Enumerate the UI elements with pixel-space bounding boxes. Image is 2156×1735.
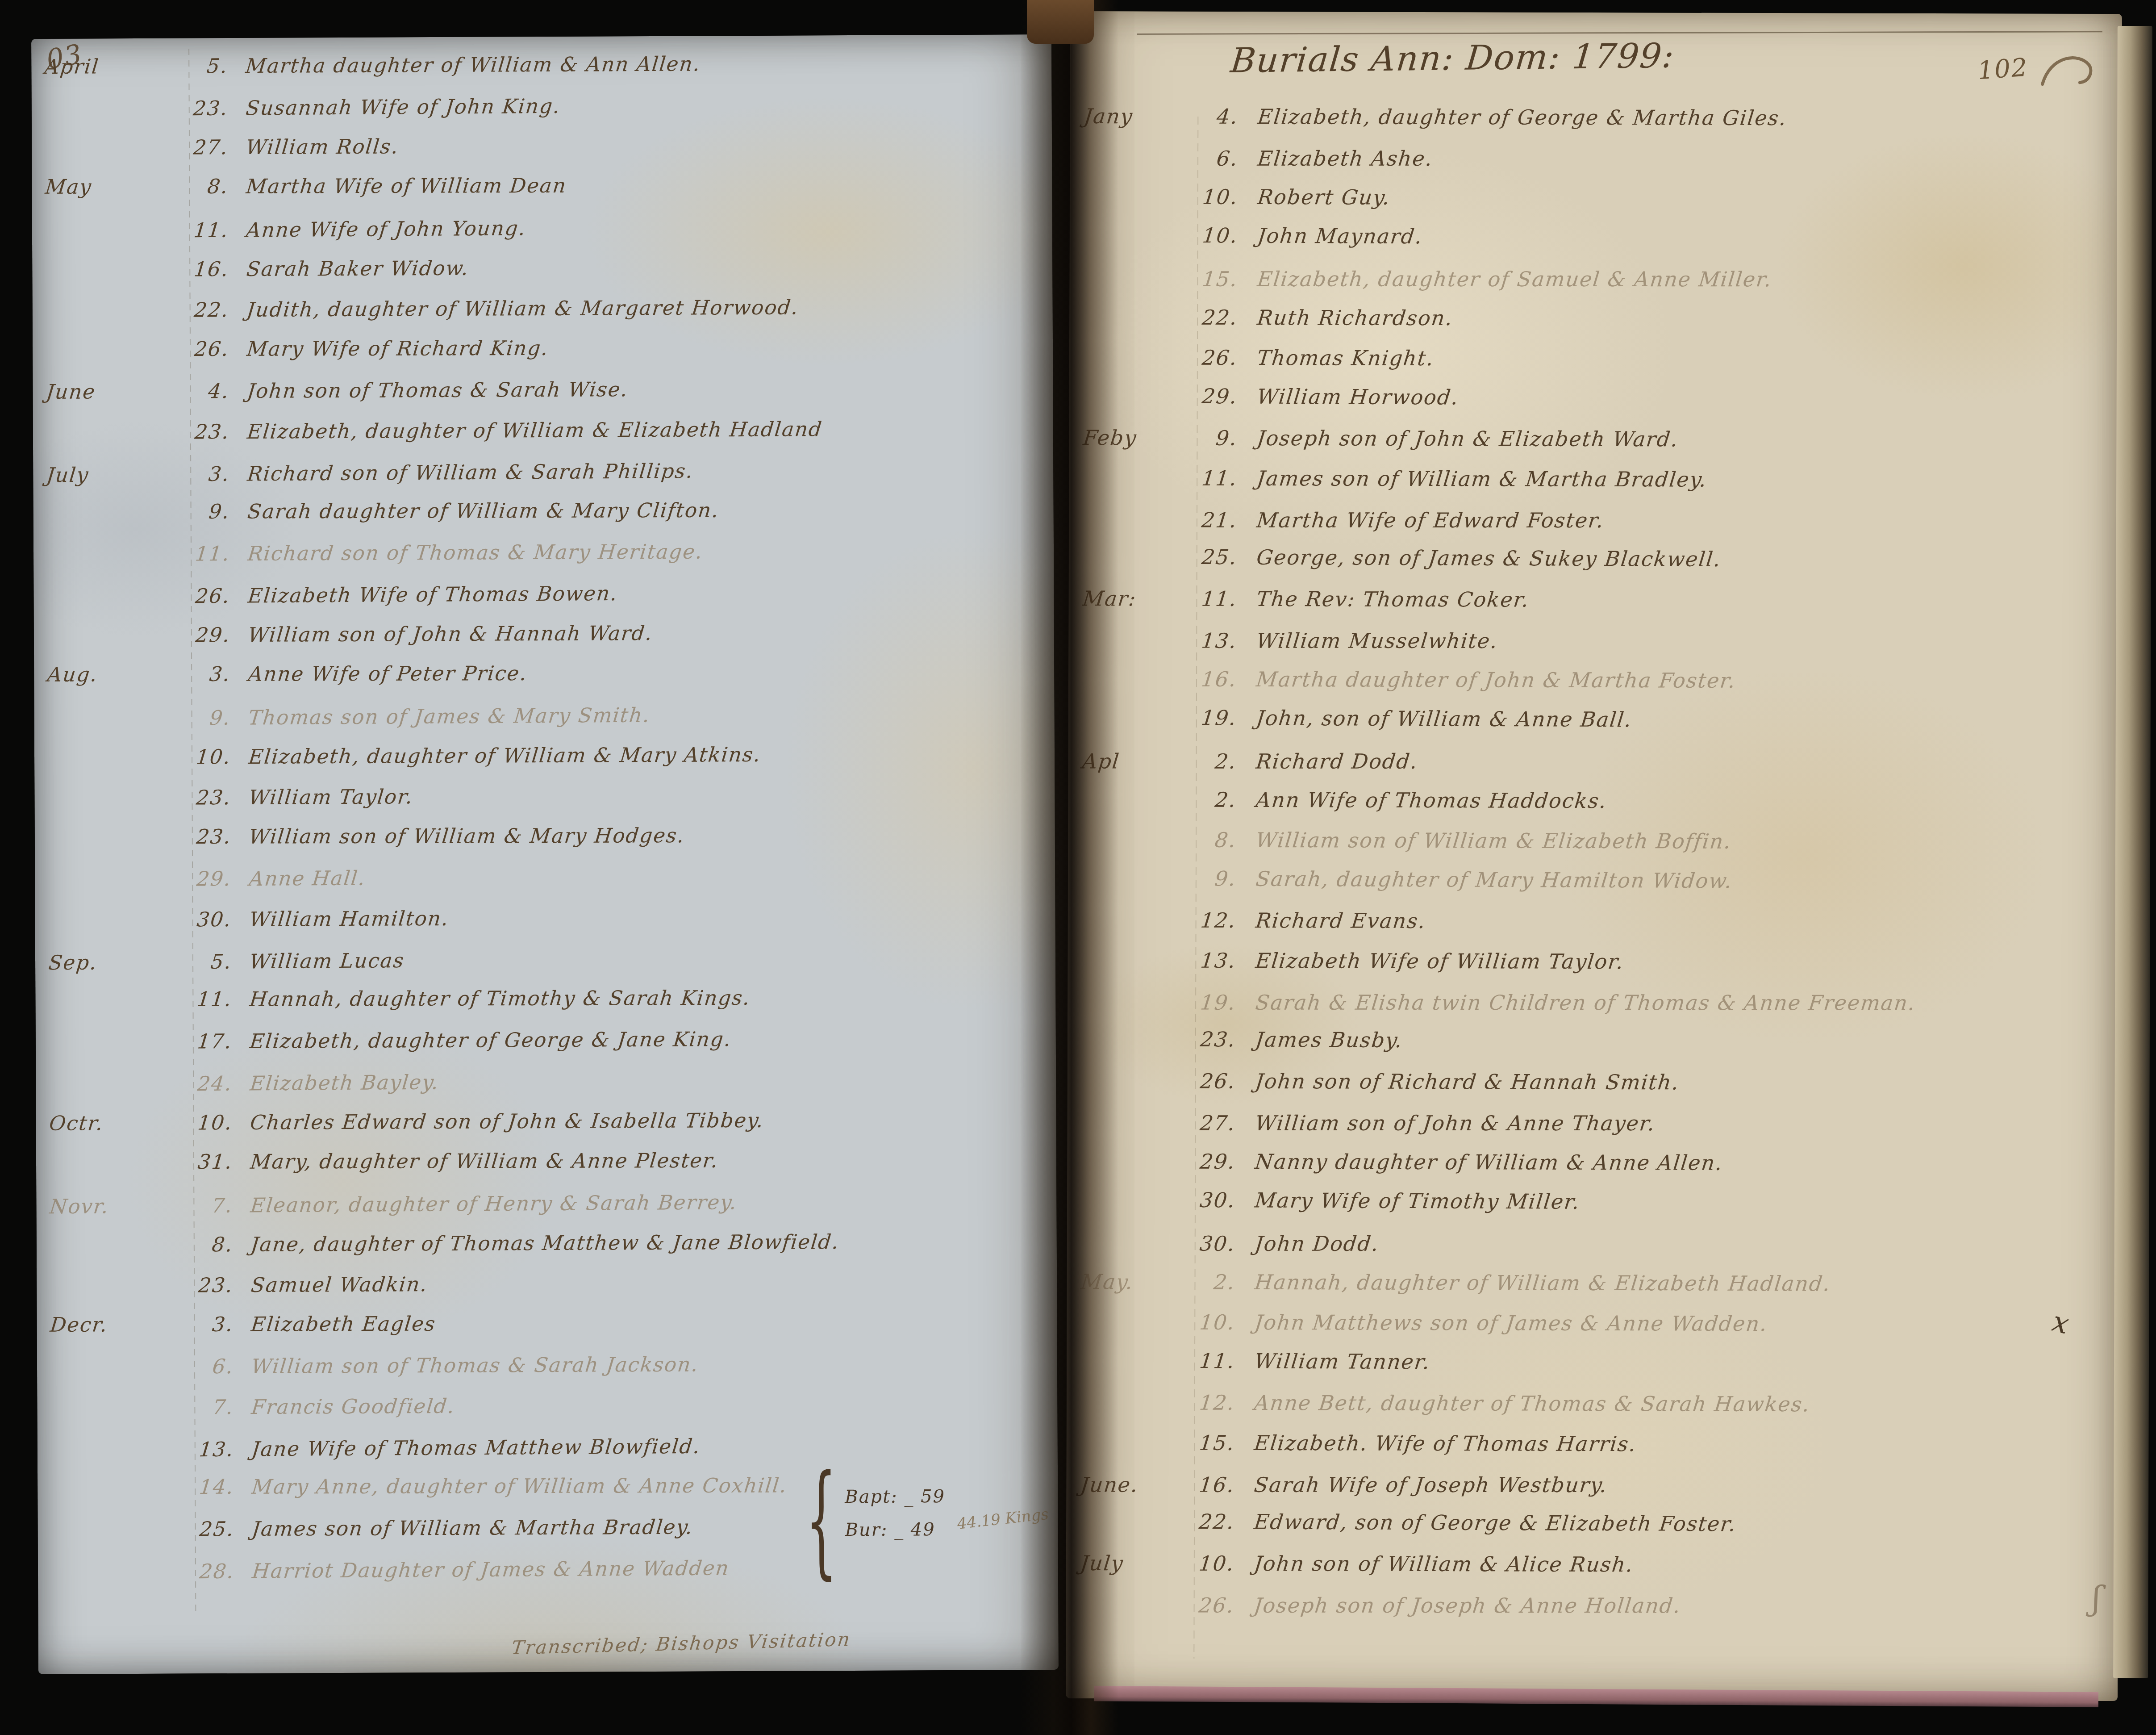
register-entry: 11. James son of William & Martha Bradle…	[1083, 466, 2139, 509]
entry-text: Judith, daughter of William & Margaret H…	[246, 294, 1080, 322]
register-entry: 23. William son of William & Mary Hodges…	[48, 823, 1082, 866]
entry-text: John Dodd.	[1254, 1232, 2138, 1256]
entry-month	[50, 1252, 184, 1252]
totals-side-note: 44.19 Kings	[956, 1505, 1050, 1533]
entry-month	[1081, 1329, 1193, 1329]
entry-month	[45, 115, 179, 116]
ink-flourish	[2037, 50, 2095, 99]
entry-month	[48, 764, 182, 765]
register-entry: 26. Elizabeth Wife of Thomas Bowen.	[47, 578, 1081, 626]
entry-month	[1083, 564, 1195, 564]
register-entry: 30. John Dodd.	[1081, 1231, 2137, 1272]
entry-month	[51, 1536, 185, 1537]
entry-text: James Busby.	[1254, 1028, 2139, 1056]
entry-month	[50, 1292, 184, 1293]
entry-text: William Horwood.	[1256, 385, 2140, 413]
entry-text: William Lucas	[248, 944, 1083, 973]
entry-day: 19.	[1192, 991, 1237, 1015]
entry-text: Sarah daughter of William & Mary Clifton…	[246, 498, 1081, 523]
entry-month: Decr.	[49, 1313, 185, 1337]
entry-day: 8.	[1193, 828, 1238, 852]
entry-text: Ann Wife of Thomas Haddocks.	[1255, 788, 2139, 814]
entry-day: 2.	[1193, 788, 1238, 812]
entry-text: William Tanner.	[1253, 1349, 2138, 1377]
entry-day: 12.	[1191, 1391, 1236, 1415]
register-entry: 27. William son of John & Anne Thayer.	[1081, 1111, 2137, 1151]
register-entry: 22. Edward, son of George & Elizabeth Fo…	[1080, 1509, 2136, 1554]
register-entry: 11. Hannah, daughter of Timothy & Sarah …	[49, 985, 1082, 1028]
entry-text: Charles Edward son of John & Isabella Ti…	[249, 1107, 1084, 1134]
entry-text: Mary Wife of Timothy Miller.	[1254, 1188, 2138, 1217]
entry-month: Jany	[1083, 104, 1197, 129]
entry-month: April	[44, 54, 180, 79]
entry-day: 10.	[180, 745, 232, 769]
entry-day: 9.	[179, 500, 231, 523]
entry-day: 27.	[178, 135, 229, 159]
register-entry: 15. Elizabeth, daughter of Samuel & Anne…	[1084, 267, 2139, 307]
register-entry: 10. Elizabeth, daughter of William & Mar…	[48, 741, 1081, 786]
entry-day: 16.	[1191, 1473, 1236, 1497]
entry-day: 21.	[1193, 508, 1239, 532]
entry-month	[49, 1049, 183, 1049]
entry-month	[49, 1006, 183, 1007]
register-entry: 2. Ann Wife of Thomas Haddocks.	[1082, 787, 2138, 830]
entry-text: Elizabeth Wife of Thomas Bowen.	[247, 578, 1082, 607]
entry-month	[1081, 1367, 1193, 1368]
entry-text: Richard Evans.	[1255, 908, 2139, 935]
register-entry: Jany 4. Elizabeth, daughter of George & …	[1084, 104, 2139, 147]
register-entry: 22. Ruth Richardson.	[1084, 305, 2139, 348]
entry-month	[48, 844, 182, 844]
page-number: 102	[1977, 53, 2029, 85]
entry-day: 29.	[1194, 384, 1239, 408]
entry-month	[50, 1169, 183, 1169]
register-entry: 23. Susannah Wife of John King.	[45, 91, 1079, 138]
entry-month	[46, 439, 180, 439]
entry-day: 23.	[183, 1273, 234, 1297]
entry-text: Elizabeth, daughter of William & Mary At…	[247, 741, 1082, 769]
entry-day: 25.	[184, 1517, 235, 1541]
entry-day: 26.	[1191, 1593, 1236, 1618]
entry-text: John son of Richard & Hannah Smith.	[1254, 1069, 2139, 1095]
left-page: 03 April 5. Martha daughter of William &…	[31, 34, 1059, 1674]
entry-day: 13.	[183, 1438, 235, 1462]
entry-text: Nanny daughter of William & Anne Allen.	[1254, 1150, 2138, 1176]
entry-text: Anne Hall.	[248, 863, 1083, 890]
entry-month	[1084, 324, 1195, 325]
entry-text: Hannah, daughter of William & Elizabeth …	[1254, 1270, 2138, 1296]
register-entry: 7. Francis Goodfield.	[50, 1392, 1084, 1437]
entry-text: Elizabeth, daughter of George & Martha G…	[1256, 105, 2141, 131]
entry-day: 13.	[1192, 949, 1237, 973]
entry-text: Richard son of Thomas & Mary Heritage.	[246, 538, 1081, 565]
register-entry: 9. Sarah daughter of William & Mary Clif…	[47, 498, 1080, 541]
entry-text: Joseph son of Joseph & Anne Holland.	[1253, 1593, 2137, 1618]
entry-month	[47, 642, 181, 643]
entry-text: Elizabeth, daughter of George & Jane Kin…	[249, 1026, 1084, 1053]
burials-total: Bur: _ 49	[845, 1519, 946, 1553]
register-entry: 10. John Matthews son of James & Anne Wa…	[1081, 1310, 2136, 1353]
entry-text: Hannah, daughter of Timothy & Sarah King…	[249, 985, 1084, 1011]
register-entry: 6. William son of Thomas & Sarah Jackson…	[50, 1351, 1084, 1396]
entry-day: 31.	[182, 1150, 234, 1174]
register-entry: 8. Jane, daughter of Thomas Matthew & Ja…	[50, 1229, 1084, 1274]
entry-text: Elizabeth Wife of William Taylor.	[1254, 949, 2139, 975]
entry-day: 11.	[182, 987, 233, 1011]
entry-day: 10.	[1191, 1551, 1236, 1576]
entry-month	[46, 276, 179, 277]
entry-day: 5.	[178, 54, 229, 78]
entry-month	[50, 1414, 184, 1415]
entry-text: Harriot Daughter of James & Anne Wadden	[251, 1554, 1086, 1583]
register-entry: 29. Anne Hall.	[48, 863, 1082, 908]
register-entry: 8. William son of William & Elizabeth Bo…	[1082, 828, 2138, 870]
entry-month	[1082, 807, 1194, 807]
entry-day: 10.	[1194, 185, 1239, 209]
entry-month: July	[46, 462, 182, 487]
register-entry: 26. Thomas Knight.	[1084, 345, 2139, 388]
entry-month: Sep.	[47, 950, 183, 974]
entry-month	[46, 237, 179, 238]
entry-text: Elizabeth, daughter of William & Elizabe…	[246, 416, 1081, 443]
entry-month	[51, 1578, 185, 1579]
entry-text: Sarah Baker Widow.	[246, 254, 1080, 281]
entry-day: 5.	[181, 950, 233, 974]
entry-text: William son of Thomas & Sarah Jackson.	[250, 1351, 1085, 1378]
register-entry: Aug. 3. Anne Wife of Peter Price.	[47, 660, 1081, 703]
entry-month	[1080, 1528, 1192, 1529]
entry-text: Robert Guy.	[1256, 185, 2141, 211]
entry-day: 29.	[1192, 1150, 1237, 1174]
right-page: Burials Ann: Dom: 1799: 102 Jany 4. Eliz…	[1066, 11, 2122, 1701]
register-entry: 17. Elizabeth, daughter of George & Jane…	[49, 1026, 1083, 1071]
entry-text: Sarah, daughter of Mary Hamilton Widow.	[1255, 867, 2139, 895]
entry-month	[1081, 1168, 1193, 1169]
entry-text: Francis Goodfield.	[250, 1392, 1085, 1419]
register-entry: 27. William Rolls.	[45, 132, 1079, 177]
entry-day: 26.	[1192, 1069, 1237, 1093]
entry-day: 16.	[179, 257, 230, 281]
totals-lines: Bapt: _ 59 Bur: _ 49	[845, 1486, 945, 1553]
register-entry: July 3. Richard son of William & Sarah P…	[46, 456, 1080, 504]
register-entry: Novr. 7. Eleanor, daughter of Henry & Sa…	[50, 1188, 1084, 1235]
register-entry: 12. Richard Evans.	[1082, 908, 2137, 951]
entry-day: 2.	[1193, 749, 1238, 773]
brace-glyph: {	[805, 1448, 837, 1591]
entry-text: Sarah & Elisha twin Children of Thomas &…	[1254, 991, 2139, 1015]
entry-day: 8.	[183, 1233, 234, 1257]
entry-month: June.	[1079, 1472, 1193, 1497]
totals-annotation: { Bapt: _ 59 Bur: _ 49 44.19 Kings	[805, 1486, 1049, 1553]
entry-day: 7.	[183, 1395, 235, 1419]
entry-month	[1082, 967, 1193, 968]
entry-day: 10.	[1191, 1310, 1236, 1334]
entry-month	[1082, 847, 1194, 847]
register-entry: 9. Sarah, daughter of Mary Hamilton Wido…	[1082, 866, 2138, 911]
entry-text: Samuel Wadkin.	[250, 1270, 1085, 1297]
register-entry: 6. Elizabeth Ashe.	[1084, 146, 2139, 187]
entry-text: William Taylor.	[248, 782, 1083, 809]
register-entry: 26. Joseph son of Joseph & Anne Holland.	[1080, 1593, 2136, 1634]
entry-day: 22.	[179, 298, 230, 322]
entry-day: 29.	[180, 623, 231, 647]
entry-day: 17.	[182, 1029, 233, 1054]
baptisms-total: Bapt: _ 59	[845, 1486, 945, 1520]
entry-month	[1082, 1046, 1193, 1046]
entry-text: Anne Bett, daughter of Thomas & Sarah Ha…	[1253, 1391, 2138, 1417]
edge-ink-mark: ʃ	[2092, 1579, 2101, 1618]
entry-month	[48, 886, 182, 886]
entry-month	[45, 155, 179, 155]
entry-day: 3.	[180, 662, 232, 686]
entry-day: 11.	[1191, 1349, 1236, 1373]
entry-day: 11.	[178, 218, 229, 242]
entry-day: 4.	[179, 379, 230, 403]
entry-month: Mar:	[1082, 586, 1196, 611]
entry-text: Anne Wife of John Young.	[245, 213, 1080, 242]
entry-text: Elizabeth, daughter of Samuel & Anne Mil…	[1256, 267, 2140, 292]
register-entry: 16. Sarah Baker Widow.	[46, 254, 1079, 299]
entry-text: Mary Wife of Richard King.	[246, 335, 1080, 361]
photographed-register-spread: 03 April 5. Martha daughter of William &…	[0, 0, 2156, 1735]
entry-text: Sarah Wife of Joseph Westbury.	[1253, 1473, 2137, 1497]
entry-text: Martha daughter of John & Martha Foster.	[1255, 667, 2139, 694]
register-entry: 23. William Taylor.	[48, 782, 1081, 827]
entry-day: 11.	[179, 542, 231, 566]
register-entry: April 5. Martha daughter of William & An…	[45, 50, 1078, 96]
transcription-note: Transcribed; Bishops Visitation	[510, 1628, 852, 1659]
register-entry: 11. Richard son of Thomas & Mary Heritag…	[47, 538, 1080, 583]
register-entry: 23. James Busby.	[1082, 1027, 2137, 1071]
entry-month	[1082, 927, 1194, 928]
entry-month	[49, 927, 183, 927]
entry-month	[1082, 885, 1194, 886]
entry-month	[1084, 204, 1196, 204]
entry-day: 9.	[180, 706, 232, 730]
entry-text: Susannah Wife of John King.	[245, 91, 1080, 120]
register-entry: 25. George, son of James & Sukey Blackwe…	[1083, 544, 2139, 589]
entry-text: Martha Wife of William Dean	[245, 172, 1080, 198]
register-entry: 26. John son of Richard & Hannah Smith.	[1082, 1069, 2137, 1112]
entry-day: 19.	[1193, 706, 1238, 730]
entry-day: 10.	[1194, 223, 1239, 247]
entry-text: William Hamilton.	[248, 904, 1083, 931]
entry-text: The Rev: Thomas Coker.	[1255, 587, 2140, 613]
register-entry: 15. Elizabeth. Wife of Thomas Harris.	[1080, 1430, 2136, 1473]
register-entry: 11. Anne Wife of John Young.	[46, 213, 1080, 260]
entry-day: 22.	[1194, 305, 1239, 330]
entry-day: 13.	[1193, 629, 1238, 653]
register-entry: May 8. Martha Wife of William Dean	[45, 172, 1079, 216]
entry-month	[51, 1456, 185, 1457]
entry-text: Thomas Knight.	[1256, 346, 2140, 372]
entry-day: 30.	[1192, 1188, 1237, 1212]
entry-day: 24.	[182, 1072, 234, 1096]
entry-day: 28.	[184, 1559, 235, 1584]
entry-month: May.	[1080, 1270, 1194, 1294]
entry-text: George, son of James & Sukey Blackwell.	[1255, 545, 2140, 573]
entry-month: June	[45, 380, 181, 404]
entry-text: William Musselwhite.	[1255, 629, 2139, 653]
register-entry: Apl 2. Richard Dodd.	[1082, 749, 2138, 790]
register-entry: 10. John Maynard.	[1084, 223, 2139, 268]
entry-day: 15.	[1191, 1431, 1236, 1455]
entry-text: James son of William & Martha Bradley.	[1255, 466, 2140, 493]
entry-text: John, son of William & Anne Ball.	[1255, 706, 2139, 734]
page-fore-edge	[2113, 26, 2152, 1678]
entry-text: Martha daughter of William & Ann Allen.	[245, 50, 1080, 78]
entry-month	[1082, 1088, 1193, 1088]
register-entry: 13. Jane Wife of Thomas Matthew Blowfiel…	[51, 1432, 1085, 1479]
entry-text: John son of Thomas & Sarah Wise.	[246, 376, 1081, 403]
register-entry: 11. William Tanner.	[1081, 1348, 2136, 1393]
entry-text: Jane, daughter of Thomas Matthew & Jane …	[250, 1229, 1084, 1256]
entry-text: William son of William & Mary Hodges.	[248, 823, 1083, 849]
entry-day: 23.	[179, 420, 230, 444]
register-entry: 30. Mary Wife of Timothy Miller.	[1081, 1187, 2137, 1232]
entry-day: 2.	[1192, 1270, 1237, 1294]
entry-text: John Matthews son of James & Anne Wadden…	[1253, 1310, 2138, 1337]
entry-day: 23.	[181, 825, 232, 849]
entry-day: 12.	[1193, 908, 1238, 932]
register-entry: 13. Elizabeth Wife of William Taylor.	[1082, 948, 2137, 991]
register-entry: 29. Nanny daughter of William & Anne All…	[1081, 1149, 2137, 1192]
register-entry: 28. Harriot Daughter of James & Anne Wad…	[51, 1554, 1085, 1601]
entry-text: Richard son of William & Sarah Phillips.	[246, 456, 1081, 485]
entry-month	[47, 603, 181, 604]
entry-month	[47, 518, 181, 519]
register-entry: 26. Mary Wife of Richard King.	[46, 335, 1080, 378]
entry-day: 15.	[1194, 267, 1239, 291]
entry-text: Ruth Richardson.	[1256, 305, 2140, 332]
entry-day: 6.	[1194, 146, 1239, 171]
register-entry: Decr. 3. Elizabeth Eagles	[50, 1310, 1084, 1354]
entry-text: Elizabeth Bayley.	[249, 1066, 1084, 1095]
entry-month	[46, 356, 180, 356]
entry-day: 10.	[182, 1111, 234, 1135]
entry-month: Octr.	[48, 1111, 184, 1135]
entry-day: 26.	[179, 337, 230, 361]
spine-leather-top	[1027, 0, 1094, 44]
entry-day: 3.	[179, 462, 231, 486]
entry-day: 23.	[181, 786, 232, 810]
entry-month: Feby	[1082, 426, 1197, 450]
entry-text: William son of William & Elizabeth Boffi…	[1255, 828, 2139, 854]
register-entry: 24. Elizabeth Bayley.	[49, 1066, 1083, 1113]
register-entry: Mar: 11. The Rev: Thomas Coker.	[1083, 586, 2138, 629]
entry-month: May	[44, 175, 180, 199]
entry-day: 9.	[1194, 426, 1239, 450]
entry-day: 6.	[183, 1355, 234, 1379]
entry-text: Richard Dodd.	[1255, 749, 2139, 774]
entry-day: 8.	[178, 175, 229, 198]
register-entry: 23. Elizabeth, daughter of William & Eli…	[46, 416, 1080, 461]
entry-month: Novr.	[49, 1194, 185, 1218]
entry-month	[1081, 1450, 1193, 1450]
entry-month	[1083, 485, 1195, 485]
entry-month: Aug.	[46, 662, 183, 686]
entry-text: John son of William & Alice Rush.	[1253, 1551, 2137, 1578]
entry-day: 25.	[1193, 545, 1239, 569]
register-entry: May. 2. Hannah, daughter of William & El…	[1081, 1270, 2136, 1313]
entry-text: Joseph son of John & Elizabeth Ward.	[1256, 426, 2140, 452]
entry-day: 30.	[1192, 1232, 1237, 1256]
entry-month	[46, 317, 180, 318]
register-entry: 30. William Hamilton.	[49, 904, 1082, 949]
entry-text: Edward, son of George & Elizabeth Foster…	[1253, 1510, 2137, 1538]
register-entry: 16. Martha daughter of John & Martha Fos…	[1083, 667, 2138, 710]
entry-month	[1084, 403, 1195, 403]
entry-text: Martha Wife of Edward Foster.	[1255, 508, 2140, 533]
entry-day: 23.	[178, 96, 229, 121]
register-entry: 22. Judith, daughter of William & Margar…	[46, 294, 1080, 339]
entry-text: Mary, daughter of William & Anne Plester…	[249, 1148, 1084, 1174]
entry-day: 26.	[1194, 346, 1239, 370]
entry-day: 4.	[1194, 105, 1239, 129]
entry-text: Thomas son of James & Mary Smith.	[247, 700, 1082, 729]
right-page-entries: Jany 4. Elizabeth, daughter of George & …	[1080, 104, 2139, 1634]
entry-month: Apl	[1081, 749, 1196, 773]
entry-month	[1083, 686, 1194, 686]
page-title: Burials Ann: Dom: 1799:	[1229, 35, 1677, 80]
entry-day: 9.	[1193, 866, 1238, 890]
entry-text: Anne Wife of Peter Price.	[247, 660, 1082, 686]
entry-month	[1081, 1409, 1193, 1410]
register-entry: 31. Mary, daughter of William & Anne Ple…	[50, 1148, 1083, 1191]
entry-day: 11.	[1193, 587, 1239, 611]
entry-month	[49, 1091, 183, 1091]
entry-text: William son of John & Anne Thayer.	[1254, 1111, 2139, 1136]
register-entry: 29. William son of John & Hannah Ward.	[47, 619, 1081, 665]
register-entry: 19. Sarah & Elisha twin Children of Thom…	[1082, 990, 2137, 1031]
left-page-entries: April 5. Martha daughter of William & An…	[45, 50, 1085, 1599]
register-entry: July 10. John son of William & Alice Rus…	[1080, 1551, 2136, 1594]
register-entry: Octr. 10. Charles Edward son of John & I…	[50, 1107, 1083, 1152]
register-entry: 9. Thomas son of James & Mary Smith.	[47, 700, 1081, 748]
register-entry: 19. John, son of William & Anne Ball.	[1083, 705, 2138, 750]
entry-month	[51, 1494, 185, 1494]
entry-month	[1081, 1207, 1193, 1207]
entry-text: Elizabeth Ashe.	[1256, 146, 2141, 171]
entry-day: 30.	[181, 907, 233, 932]
entry-month: July	[1079, 1551, 1193, 1576]
entry-day: 26.	[180, 584, 231, 608]
entry-day: 27.	[1192, 1111, 1237, 1135]
entry-month	[47, 561, 181, 561]
entry-month	[48, 725, 182, 726]
entry-day: 29.	[181, 867, 233, 891]
entry-text: Elizabeth Eagles	[250, 1310, 1085, 1336]
entry-month	[1084, 242, 1196, 242]
entry-month	[50, 1374, 184, 1374]
entry-text: Jane Wife of Thomas Matthew Blowfield.	[250, 1432, 1085, 1461]
entry-text: John Maynard.	[1256, 224, 2141, 252]
register-entry: June 4. John son of Thomas & Sarah Wise.	[46, 376, 1080, 421]
register-entry: Feby 9. Joseph son of John & Elizabeth W…	[1083, 426, 2139, 468]
register-entry: 10. Robert Guy.	[1084, 184, 2139, 227]
entry-day: 22.	[1191, 1509, 1236, 1534]
register-entry: 29. William Horwood.	[1083, 384, 2139, 428]
register-entry: 12. Anne Bett, daughter of Thomas & Sara…	[1081, 1390, 2136, 1433]
entry-text: Eleanor, daughter of Henry & Sarah Berre…	[250, 1188, 1084, 1217]
entry-text: William Rolls.	[245, 132, 1080, 159]
register-entry: 23. Samuel Wadkin.	[50, 1270, 1084, 1315]
entry-day: 23.	[1192, 1027, 1237, 1051]
entry-text: Elizabeth. Wife of Thomas Harris.	[1253, 1431, 2138, 1457]
entry-day: 16.	[1193, 667, 1238, 691]
entry-month	[1083, 724, 1194, 725]
register-entry: 13. William Musselwhite.	[1083, 628, 2138, 669]
